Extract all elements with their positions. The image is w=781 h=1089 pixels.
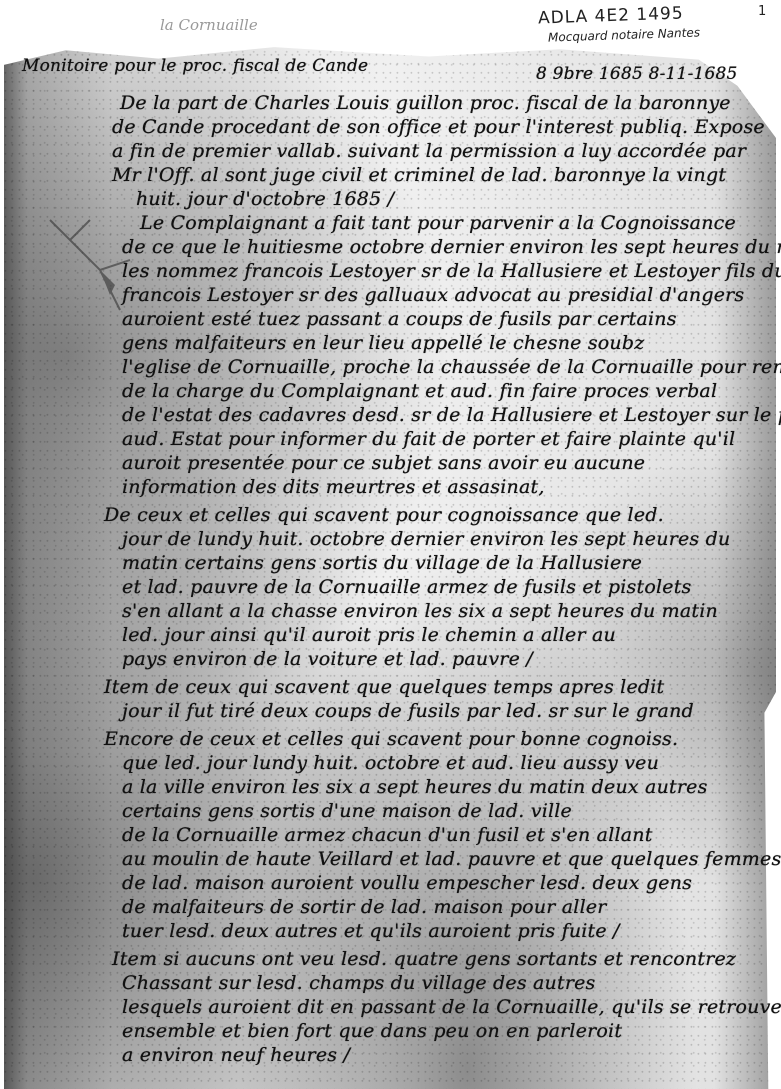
text-line: a fin de premier vallab. suivant la perm… <box>112 140 746 162</box>
text-line: Chassant sur lesd. champs du village des… <box>122 972 596 994</box>
text-line: lesquels auroient dit en passant de la C… <box>122 996 781 1018</box>
text-line: ensemble et bien fort que dans peu on en… <box>122 1020 622 1042</box>
text-line: tuer lesd. deux autres et qu'ils auroien… <box>122 920 620 942</box>
text-line: a la ville environ les six a sept heures… <box>122 776 708 798</box>
text-line: l'eglise de Cornuaille, proche la chauss… <box>122 356 781 378</box>
text-line: que led. jour lundy huit. octobre et aud… <box>122 752 659 774</box>
text-line: de Cande procedant de son office et pour… <box>112 116 765 138</box>
text-line: les nommez francois Lestoyer sr de la Ha… <box>122 260 781 282</box>
text-line: jour de lundy huit. octobre dernier envi… <box>122 528 730 550</box>
text-line: de ce que le huitiesme octobre dernier e… <box>122 236 781 258</box>
text-line: auroit presentée pour ce subjet sans avo… <box>122 452 645 474</box>
text-line: de lad. maison auroient voullu empescher… <box>122 872 692 894</box>
text-line: Item de ceux qui scavent que quelques te… <box>104 676 664 698</box>
text-line: de la charge du Complaignant et aud. fin… <box>122 380 717 402</box>
text-line: De ceux et celles qui scavent pour cogno… <box>104 504 664 526</box>
text-line: francois Lestoyer sr des galluaux advoca… <box>122 284 744 306</box>
text-line: De la part de Charles Louis guillon proc… <box>120 92 731 114</box>
text-line: Mr l'Off. al sont juge civil et criminel… <box>112 164 726 186</box>
text-line: huit. jour d'octobre 1685 / <box>136 188 394 210</box>
text-line: auroient esté tuez passant a coups de fu… <box>122 308 677 330</box>
text-line: de l'estat des cadavres desd. sr de la H… <box>122 404 781 426</box>
manuscript-text: Monitoire pour le proc. fiscal de Cande … <box>0 0 781 1089</box>
text-line: et lad. pauvre de la Cornuaille armez de… <box>122 576 691 598</box>
text-line: led. jour ainsi qu'il auroit pris le che… <box>122 624 616 646</box>
text-line: Encore de ceux et celles qui scavent pou… <box>104 728 678 750</box>
text-line: matin certains gens sortis du village de… <box>122 552 642 574</box>
text-line: s'en allant a la chasse environ les six … <box>122 600 718 622</box>
text-line: Le Complaignant a fait tant pour parveni… <box>140 212 736 234</box>
text-line: certains gens sortis d'une maison de lad… <box>122 800 572 822</box>
text-line: de malfaiteurs de sortir de lad. maison … <box>122 896 607 918</box>
document-date: 8 9bre 1685 8-11-1685 <box>536 64 738 84</box>
text-line: a environ neuf heures / <box>122 1044 350 1066</box>
text-line: pays environ de la voiture et lad. pauvr… <box>122 648 533 670</box>
text-line: aud. Estat pour informer du fait de port… <box>122 428 735 450</box>
text-line: jour il fut tiré deux coups de fusils pa… <box>122 700 694 722</box>
text-line: gens malfaiteurs en leur lieu appellé le… <box>122 332 644 354</box>
text-line: au moulin de haute Veillard et lad. pauv… <box>122 848 781 870</box>
text-line: Item si aucuns ont veu lesd. quatre gens… <box>112 948 736 970</box>
document-heading: Monitoire pour le proc. fiscal de Cande <box>22 56 368 76</box>
text-line: de la Cornuaille armez chacun d'un fusil… <box>122 824 653 846</box>
text-line: information des dits meurtres et assasin… <box>122 476 545 498</box>
